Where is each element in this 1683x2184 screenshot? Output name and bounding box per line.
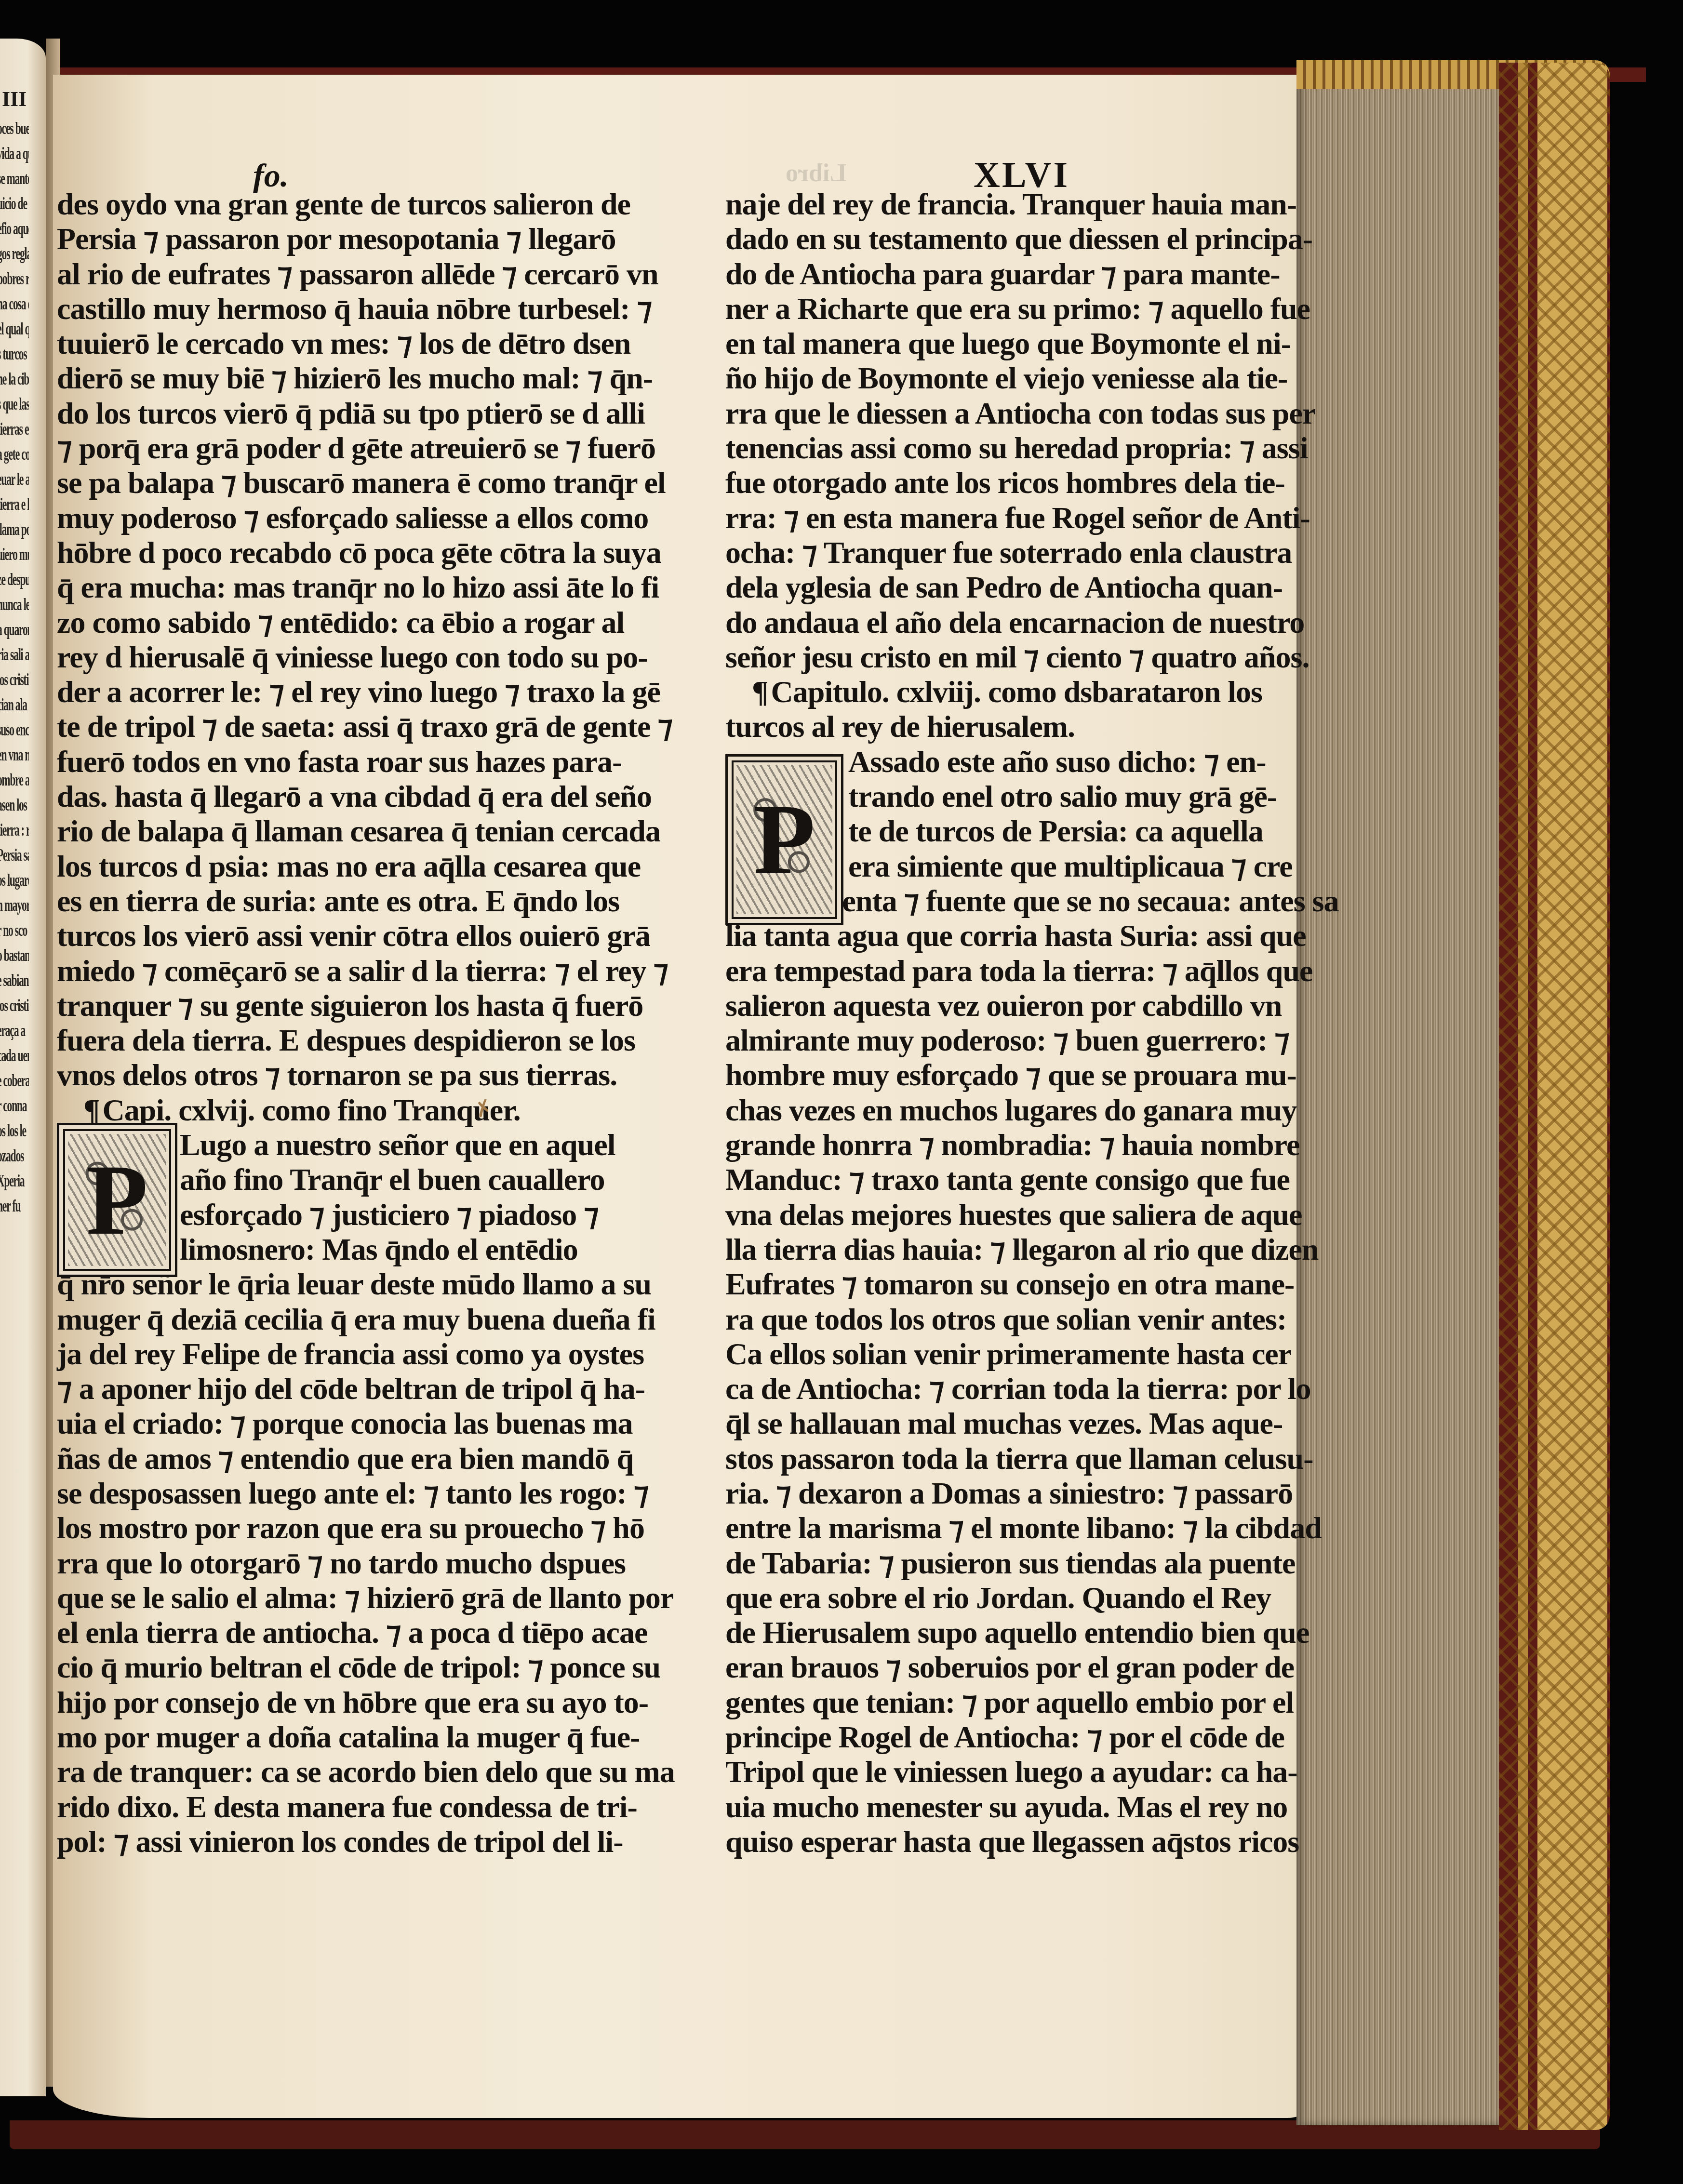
text-line: el qual quie xyxy=(0,316,29,341)
text-line: los cristia xyxy=(0,993,29,1018)
text-line: Tripol que le viniessen luego a ayudar: … xyxy=(725,1755,1415,1789)
text-line: era tempestad para toda la tierra: ⁊ aq̄… xyxy=(725,954,1415,988)
text-line: s que las m xyxy=(0,391,29,416)
text-line: se desposassen luego ante el: ⁊ tanto le… xyxy=(57,1476,669,1511)
text-line: e sabian xyxy=(0,968,29,993)
text-line: rra: ⁊ en esta manera fue Rogel señor de… xyxy=(725,501,1415,535)
text-line: dela yglesia de san Pedro de Antiocha qu… xyxy=(725,570,1415,605)
text-line: do de Antiocha para guardar ⁊ para mante… xyxy=(725,257,1415,292)
left-chapter-lines: q̄ nr̄o señor le q̄ria leuar deste mūdo … xyxy=(57,1267,669,1859)
text-line: de Tabaria: ⁊ pusieron sus tiendas ala p… xyxy=(725,1546,1415,1581)
text-line: ja del rey Felipe de francia assi como y… xyxy=(57,1337,669,1372)
text-line: e cobera xyxy=(0,1068,29,1093)
text-line: lla tierra dias hauia: ⁊ llegaron al rio… xyxy=(725,1232,1415,1267)
text-line: efio aquella xyxy=(0,216,29,241)
text-line: des oydo vna gran gente de turcos salier… xyxy=(57,187,669,222)
left-text-column: des oydo vna gran gente de turcos salier… xyxy=(57,187,669,1859)
text-line: los mostro por razon que era su prouecho… xyxy=(57,1511,669,1545)
text-line: gentes que tenian: ⁊ por aquello embio p… xyxy=(725,1685,1415,1720)
text-line: stos passaron toda la tierra que llaman … xyxy=(725,1441,1415,1476)
text-line: ombre aq xyxy=(0,767,29,792)
facing-folio-number: III xyxy=(2,87,27,111)
text-line: el enla tierra de antiocha. ⁊ a poca d t… xyxy=(57,1615,669,1650)
text-line: os lugares xyxy=(0,867,29,892)
text-line: vnos delos otros ⁊ tornaron se pa sus ti… xyxy=(57,1058,669,1092)
left-column-lines: des oydo vna gran gente de turcos salier… xyxy=(57,187,669,1093)
text-line: llama porta xyxy=(0,517,29,542)
text-line: entre la marisma ⁊ el monte libano: ⁊ la… xyxy=(725,1511,1415,1545)
text-line: a gete con xyxy=(0,441,29,466)
text-line: der a acorrer le: ⁊ el rey vino luego ⁊ … xyxy=(57,675,669,709)
text-line: o bastan xyxy=(0,943,29,968)
text-line: ra que todos los otros que solian venir … xyxy=(725,1302,1415,1337)
text-line: ria. ⁊ dexaron a Domas a siniestro: ⁊ pa… xyxy=(725,1476,1415,1511)
text-line: eraça a xyxy=(0,1018,29,1043)
text-line: os los le xyxy=(0,1118,29,1143)
text-line: a quarona xyxy=(0,617,29,642)
text-line: rra que le diessen a Antiocha con todas … xyxy=(725,396,1415,431)
text-line: fuera dela tierra. E despues despidieron… xyxy=(57,1023,669,1058)
text-line: ra de tranquer: ca se acordo bien delo q… xyxy=(57,1755,669,1789)
text-line: tuuierō le cercado vn mes: ⁊ los de dētr… xyxy=(57,326,669,361)
text-line: miedo ⁊ comēçarō se a salir d la tierra:… xyxy=(57,954,669,988)
pilcrow-icon: ¶ xyxy=(752,675,768,709)
text-line: chas vezes en muchos lugares do ganara m… xyxy=(725,1093,1415,1128)
text-line: rra que lo otorgarō ⁊ no tardo mucho dsp… xyxy=(57,1546,669,1581)
text-line: gos reglaris xyxy=(0,241,29,266)
gilt-border-right xyxy=(1499,63,1610,2130)
text-line: dierō se muy biē ⁊ hizierō les mucho mal… xyxy=(57,361,669,396)
text-line: principe Rogel de Antiocha: ⁊ por el cōd… xyxy=(725,1720,1415,1755)
text-line: dado en su testamento que diessen el pri… xyxy=(725,222,1415,256)
text-line: Eufrates ⁊ tomaron su consejo en otra ma… xyxy=(725,1267,1415,1302)
text-line: tierras en p xyxy=(0,416,29,441)
text-line: en vna ma xyxy=(0,742,29,767)
text-line: turcos los vierō assi venir cōtra ellos … xyxy=(57,919,669,953)
text-line: Manduc: ⁊ traxo tanta gente consigo que … xyxy=(725,1162,1415,1197)
text-line: ne la cibdad xyxy=(0,366,29,391)
text-line: ⁊ a aponer hijo del cōde beltran de trip… xyxy=(57,1372,669,1406)
text-line: ⁊ porq̄ era grā poder d gēte atreuierō s… xyxy=(57,431,669,466)
text-line: rey d hierusalē q̄ viniesse luego con to… xyxy=(57,640,669,675)
text-line: de Hierusalem supo aquello entendio bien… xyxy=(725,1615,1415,1650)
text-line: hijo por consejo de vn hōbre que era su … xyxy=(57,1685,669,1720)
text-line: uia mucho menester su ayuda. Mas el rey … xyxy=(725,1790,1415,1824)
text-line: cian ala gu xyxy=(0,692,29,717)
text-line: muy poderoso ⁊ esforçado saliesse a ello… xyxy=(57,501,669,535)
text-line: se mantouie xyxy=(0,166,29,191)
text-line: do los turcos vierō q̄ pdiā su tpo ptier… xyxy=(57,396,669,431)
chapter-heading-148: ¶Capitulo. cxlviij. como dsbarataron los xyxy=(725,675,1415,709)
text-line: tierra : rio xyxy=(0,817,29,842)
text-line: nunca les a xyxy=(0,592,29,617)
text-line: Ca ellos solian venir primeramente hasta… xyxy=(725,1337,1415,1372)
right-column-lines: naje del rey de francia. Tranquer hauia … xyxy=(725,187,1415,675)
text-line: Xperia xyxy=(0,1168,29,1193)
text-line: rido dixo. E desta manera fue condessa d… xyxy=(57,1790,669,1824)
text-line: oces buenos xyxy=(0,116,29,141)
facing-page-lines: oces buenosvida a quiese mantouieuicio d… xyxy=(0,116,46,1218)
text-line: rio de balapa q̄ llaman cesarea q̄ tenia… xyxy=(57,814,669,849)
text-line: fue otorgado ante los ricos hombres dela… xyxy=(725,466,1415,500)
text-line: eran brauos ⁊ soberuios por el gran pode… xyxy=(725,1650,1415,1685)
decorated-initial-p: P xyxy=(57,1123,177,1277)
text-line: r conna xyxy=(0,1093,29,1118)
text-line: mo por muger a doña catalina la muger q̄… xyxy=(57,1720,669,1755)
text-line: tranquer ⁊ su gente siguieron los hasta … xyxy=(57,988,669,1023)
text-line: salieron aquesta vez ouieron por cabdill… xyxy=(725,988,1415,1023)
text-line: los turcos d psia: mas no era aq̄lla ces… xyxy=(57,849,669,884)
text-line: ca de Antiocha: ⁊ corrian toda la tierra… xyxy=(725,1372,1415,1406)
right-text-column: naje del rey de francia. Tranquer hauia … xyxy=(725,187,1415,1859)
text-line: tierra e lo xyxy=(0,492,29,517)
decorated-initial-p: P xyxy=(725,754,843,925)
text-line: s turcos de p xyxy=(0,341,29,366)
text-line: ner fu xyxy=(0,1193,29,1218)
text-line: cio q̄ murio beltran el cōde de tripol: … xyxy=(57,1650,669,1685)
text-line: que era sobre el rio Jordan. Quando el R… xyxy=(725,1581,1415,1615)
right-chapter-lines: cia sin cuenta ⁊ fuente que se no secaua… xyxy=(725,884,1415,1859)
text-line: señor jesu cristo en mil ⁊ ciento ⁊ quat… xyxy=(725,640,1415,675)
text-line: suso encub xyxy=(0,717,29,742)
facing-page: III oces buenosvida a quiese mantouieuic… xyxy=(0,39,46,2096)
text-line: pobres rrals xyxy=(0,266,29,291)
text-line: al rio de eufrates ⁊ passaron allēde ⁊ c… xyxy=(57,257,669,292)
text-line: n mayor g xyxy=(0,892,29,918)
text-line: do andaua el año dela encarnacion de nue… xyxy=(725,605,1415,640)
chapter-heading-148-cont: turcos al rey de hierusalem. xyxy=(725,709,1415,744)
text-line: ner a Richarte que era su primo: ⁊ aquel… xyxy=(725,292,1415,326)
text-line: uia el criado: ⁊ porque conocia las buen… xyxy=(57,1406,669,1441)
text-line: pol: ⁊ assi vinieron los condes de tripo… xyxy=(57,1824,669,1859)
text-line: tenencias assi como su heredad propria: … xyxy=(725,431,1415,466)
text-line: ñas de amos ⁊ entendio que era bien mand… xyxy=(57,1441,669,1476)
text-line: na cosa q dij xyxy=(0,291,29,316)
text-line: q̄l se hallauan mal muchas vezes. Mas aq… xyxy=(725,1406,1415,1441)
text-line: vna delas mejores huestes que saliera de… xyxy=(725,1198,1415,1232)
text-line: das. hasta q̄ llegarō a vna cibdad q̄ er… xyxy=(57,779,669,814)
text-line: Persia ⁊ passaron por mesopotania ⁊ lleg… xyxy=(57,222,669,256)
text-line: zo como sabido ⁊ entēdido: ca ēbio a rog… xyxy=(57,605,669,640)
text-line: grande honrra ⁊ nombradia: ⁊ hauia nombr… xyxy=(725,1128,1415,1162)
text-line: vida a quie xyxy=(0,141,29,166)
text-line: naje del rey de francia. Tranquer hauia … xyxy=(725,187,1415,222)
text-line: hōbre d poco recabdo cō poca gēte cōtra … xyxy=(57,535,669,570)
text-line: Persia sali xyxy=(0,842,29,867)
text-line: muger q̄ deziā cecilia q̄ era muy buena … xyxy=(57,1302,669,1337)
text-line: ño hijo de Boymonte el viejo veniesse al… xyxy=(725,361,1415,396)
text-line: r no sco xyxy=(0,918,29,943)
text-line: ria sali a xyxy=(0,642,29,667)
text-line: quiso esperar hasta que llegassen aq̄sto… xyxy=(725,1824,1415,1859)
text-line: castillo muy hermoso q̄ hauia nōbre turb… xyxy=(57,292,669,326)
text-line: es en tierra de suria: ante es otra. E q… xyxy=(57,884,669,919)
text-line: ze despues q xyxy=(0,567,29,592)
text-line: que se le salio el alma: ⁊ hizierō grā d… xyxy=(57,1581,669,1615)
text-line: ozados xyxy=(0,1143,29,1168)
text-line: hombre muy esforçado ⁊ que se prouara mu… xyxy=(725,1058,1415,1092)
text-line: uicio de ses xyxy=(0,191,29,216)
text-line: almirante muy poderoso: ⁊ buen guerrero:… xyxy=(725,1023,1415,1058)
show-through-text: Libro xyxy=(786,159,846,187)
text-line: te de tripol ⁊ de saeta: assi q̄ traxo g… xyxy=(57,709,669,744)
text-line: euar le ala xyxy=(0,466,29,492)
text-line: q̄ era mucha: mas tranq̄r no lo hizo ass… xyxy=(57,570,669,605)
text-line: los cristian xyxy=(0,667,29,692)
text-line: asen los tu xyxy=(0,792,29,817)
text-line: fuerō todos en vno fasta roar sus hazes … xyxy=(57,745,669,779)
text-line: en tal manera que luego que Boymonte el … xyxy=(725,326,1415,361)
text-line: cada uer xyxy=(0,1043,29,1068)
text-line: se pa balapa ⁊ buscarō manera ē como tra… xyxy=(57,466,669,500)
text-line: uiero mucho xyxy=(0,542,29,567)
text-line: ocha: ⁊ Tranquer fue soterrado enla clau… xyxy=(725,535,1415,570)
